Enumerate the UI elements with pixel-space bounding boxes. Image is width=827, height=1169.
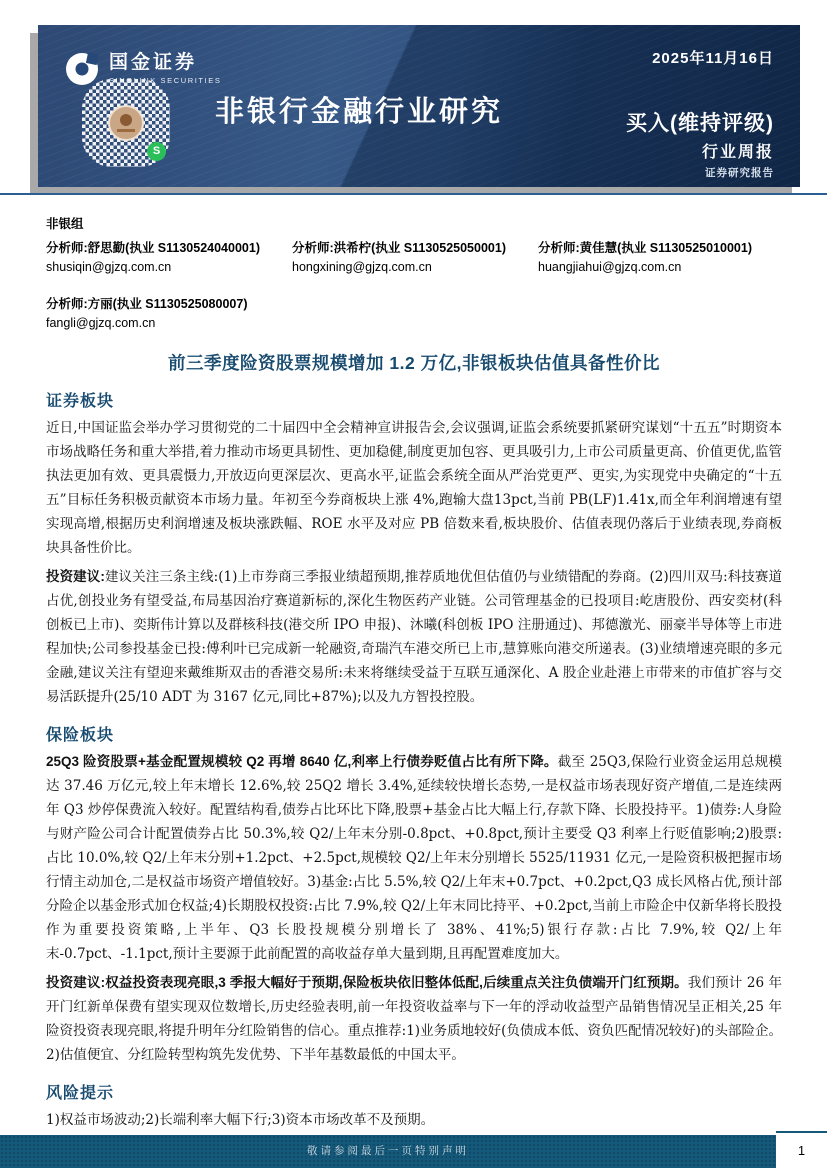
report-title: 非银行金融行业研究: [158, 89, 560, 130]
analyst-group-label: 非银组: [46, 214, 782, 232]
analyst-card: 分析师:洪希柠(执业 S1130525050001) hongxining@gj…: [292, 238, 538, 274]
page-number: 1: [776, 1131, 827, 1169]
rating-badge: 买入(维持评级): [626, 107, 774, 137]
section-heading-insurance: 保险板块: [46, 722, 782, 745]
report-category-label: 证券研究报告: [705, 165, 774, 180]
analyst-name-license: 分析师:黄佳慧(执业 S1130525010001): [538, 238, 782, 256]
analyst-email[interactable]: fangli@gjzq.com.cn: [46, 316, 292, 330]
paragraph: 近日,中国证监会举办学习贯彻党的二十届四中全会精神宣讲报告会,会议强调,证监会系…: [46, 416, 782, 560]
paragraph-lead: 投资建议:权益投资表现亮眼,3 季报大幅好于预期,保险板块依旧整体低配,后续重点…: [46, 975, 688, 990]
page-content: 非银组 分析师:舒思勤(执业 S1130524040001) shusiqin@…: [46, 214, 782, 1132]
sinolink-logo-icon: [64, 51, 100, 87]
analyst-name-license: 分析师:舒思勤(执业 S1130524040001): [46, 238, 292, 256]
analyst-card: 分析师:黄佳慧(执业 S1130525010001) huangjiahui@g…: [538, 238, 782, 274]
paragraph: 投资建议:权益投资表现亮眼,3 季报大幅好于预期,保险板块依旧整体低配,后续重点…: [46, 971, 782, 1067]
report-header-banner: 国金证券 SINOLINK SECURITIES S 2025年11月16日 非…: [38, 25, 800, 187]
qr-badge-caption: [117, 129, 135, 132]
paragraph-text: 建议关注三条主线:(1)上市券商三季报业绩超预期,推荐质地优但估值仍与业绩错配的…: [46, 569, 782, 705]
report-type: 行业周报: [702, 139, 774, 162]
analyst-name-license: 分析师:方丽(执业 S1130525080007): [46, 294, 292, 312]
report-date: 2025年11月16日: [652, 47, 774, 68]
analyst-list: 分析师:舒思勤(执业 S1130524040001) shusiqin@gjzq…: [46, 238, 782, 330]
header-divider: [0, 193, 827, 195]
wechat-qr-code: S: [82, 79, 170, 167]
brand-name-cn: 国金证券: [109, 53, 222, 73]
paragraph: 25Q3 险资股票+基金配置规模较 Q2 再增 8640 亿,利率上行债券贬值占…: [46, 750, 782, 966]
paragraph-text: 近日,中国证监会举办学习贯彻党的二十届四中全会精神宣讲报告会,会议强调,证监会系…: [46, 420, 782, 556]
paragraph-lead: 25Q3 险资股票+基金配置规模较 Q2 再增 8640 亿,利率上行债券贬值占…: [46, 754, 558, 769]
article-title: 前三季度险资股票规模增加 1.2 万亿,非银板块估值具备性价比: [46, 350, 782, 375]
qr-center-badge: [108, 105, 144, 141]
section-heading-securities: 证券板块: [46, 388, 782, 411]
paragraph: 1)权益市场波动;2)长端利率大幅下行;3)资本市场改革不及预期。: [46, 1108, 782, 1132]
paragraph-lead: 投资建议:: [46, 569, 105, 584]
footer-disclaimer-bar: 敬请参阅最后一页特别声明: [0, 1135, 776, 1168]
analyst-email[interactable]: hongxining@gjzq.com.cn: [292, 260, 538, 274]
wechat-icon: S: [147, 142, 166, 161]
paragraph-text: 截至 25Q3,保险行业资金运用总规模达 37.46 万亿元,较上年末增长 12…: [46, 754, 782, 962]
analyst-card: 分析师:方丽(执业 S1130525080007) fangli@gjzq.co…: [46, 294, 292, 330]
qr-badge-emblem: [120, 114, 132, 126]
paragraph-text: 1)权益市场波动;2)长端利率大幅下行;3)资本市场改革不及预期。: [46, 1112, 434, 1128]
section-heading-risk: 风险提示: [46, 1080, 782, 1103]
paragraph: 投资建议:建议关注三条主线:(1)上市券商三季报业绩超预期,推荐质地优但估值仍与…: [46, 565, 782, 709]
analyst-email[interactable]: huangjiahui@gjzq.com.cn: [538, 260, 782, 274]
analyst-email[interactable]: shusiqin@gjzq.com.cn: [46, 260, 292, 274]
analyst-card: 分析师:舒思勤(执业 S1130524040001) shusiqin@gjzq…: [46, 238, 292, 274]
analyst-name-license: 分析师:洪希柠(执业 S1130525050001): [292, 238, 538, 256]
